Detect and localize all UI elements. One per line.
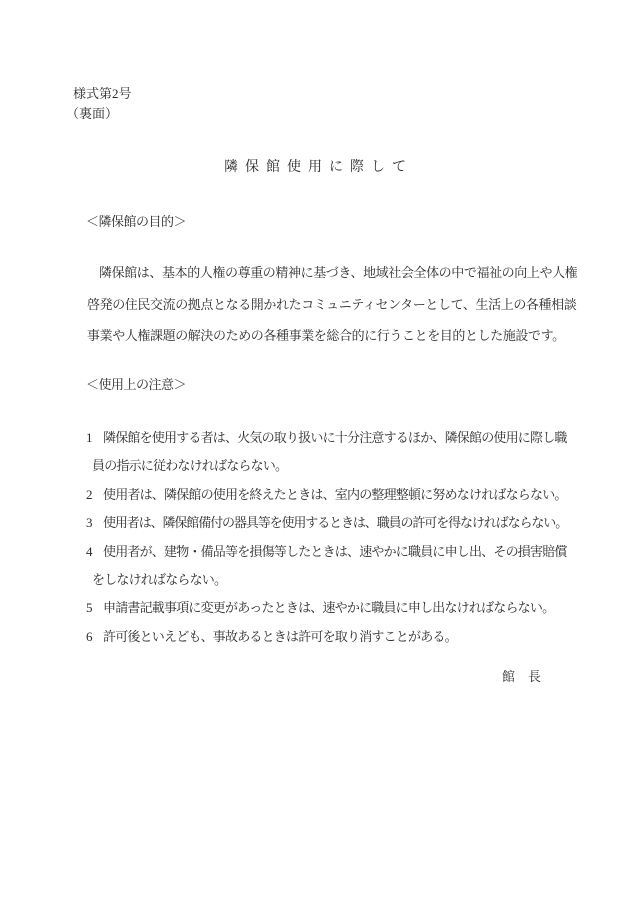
- note-item-text: 使用者は、隣保館の使用を終えたときは、室内の整理整頓に努めなければならない。: [103, 487, 567, 502]
- page-side-label: （裏面）: [66, 104, 132, 124]
- note-item-text: 使用者が、建物・備品等を損傷等したときは、速やかに職員に申し出、その損害賠償: [103, 544, 567, 559]
- document-page: 様式第2号 （裏面） 隣保館使用に際して ＜隣保館の目的＞ 隣保館は、基本的人権…: [0, 0, 630, 916]
- paragraph-line: 隣保館は、基本的人権の尊重の精神に基づき、地域社会全体の中で福祉の向上や人権: [87, 265, 587, 297]
- note-item-text: 隣保館を使用する者は、火気の取り扱いに十分注意するほか、隣保館の使用に際し職: [103, 430, 567, 445]
- note-item-text: 許可後といえども、事故あるときは許可を取り消すことがある。: [103, 629, 457, 644]
- paragraph-line: 事業や人権課題の解決のための各種事業を総合的に行うことを目的とした施設です。: [87, 328, 587, 360]
- purpose-section-heading: ＜隣保館の目的＞: [86, 214, 186, 229]
- notes-section-heading: ＜使用上の注意＞: [86, 377, 186, 392]
- note-item-number: 2: [86, 487, 103, 502]
- note-item-continuation: をしなければならない。: [86, 572, 586, 600]
- note-item-number: 1: [86, 430, 103, 445]
- note-item-line: 1隣保館を使用する者は、火気の取り扱いに十分注意するほか、隣保館の使用に際し職: [86, 430, 586, 458]
- form-meta: 様式第2号 （裏面）: [66, 84, 132, 124]
- form-number-label: 様式第2号: [66, 84, 132, 104]
- note-item-continuation: 員の指示に従わなければならない。: [86, 458, 586, 486]
- note-item-line: 2使用者は、隣保館の使用を終えたときは、室内の整理整頓に努めなければならない。: [86, 487, 586, 515]
- note-item-number: 4: [86, 544, 103, 559]
- note-item-text: 申請書記載事項に変更があったときは、速やかに職員に申し出なければならない。: [103, 600, 554, 615]
- document-title: 隣保館使用に際して: [0, 160, 630, 175]
- note-item-number: 5: [86, 600, 103, 615]
- note-item-line: 6許可後といえども、事故あるときは許可を取り消すことがある。: [86, 629, 586, 657]
- note-item-line: 5申請書記載事項に変更があったときは、速やかに職員に申し出なければならない。: [86, 600, 586, 628]
- purpose-paragraph: 隣保館は、基本的人権の尊重の精神に基づき、地域社会全体の中で福祉の向上や人権 啓…: [87, 265, 587, 360]
- note-item-line: 4使用者が、建物・備品等を損傷等したときは、速やかに職員に申し出、その損害賠償: [86, 544, 586, 572]
- note-item-number: 3: [86, 515, 103, 530]
- note-item-number: 6: [86, 629, 103, 644]
- paragraph-line: 啓発の住民交流の拠点となる開かれたコミュニティセンターとして、生活上の各種相談: [87, 297, 587, 329]
- signature-director: 館 長: [502, 669, 541, 684]
- note-item-line: 3使用者は、隣保館備付の器具等を使用するときは、職員の許可を得なければならない。: [86, 515, 586, 543]
- note-item-text: 使用者は、隣保館備付の器具等を使用するときは、職員の許可を得なければならない。: [103, 515, 567, 530]
- notes-list: 1隣保館を使用する者は、火気の取り扱いに十分注意するほか、隣保館の使用に際し職 …: [86, 430, 586, 657]
